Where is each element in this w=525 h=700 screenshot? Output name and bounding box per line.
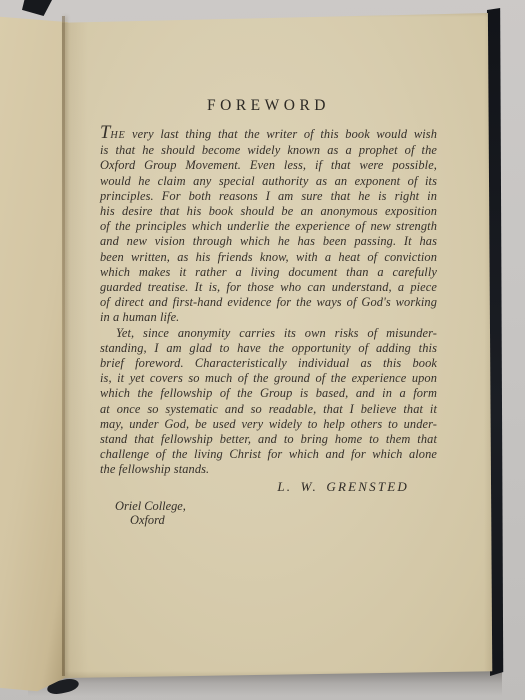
text-line: may, under God, be used very widely to h… (100, 417, 437, 432)
text-line: which the fellowship of the Group is bas… (100, 386, 437, 401)
address-line-college: Oriel College, (115, 499, 437, 514)
text-line: been written, as his friends know, with … (100, 250, 437, 265)
text-line: which makes it rather a living document … (100, 265, 437, 280)
text-line: challenge of the living Christ for which… (100, 447, 437, 462)
facing-page (0, 14, 68, 694)
page-heading: FOREWORD (100, 97, 437, 115)
address-line-city: Oxford (130, 513, 437, 528)
text-line: principles. For both reasons I am sure t… (100, 189, 437, 204)
address-block: Oriel College, Oxford (100, 499, 437, 528)
text-line: is that he should become widely known as… (100, 143, 437, 158)
text-line: Yet, since anonymity carries its own ris… (100, 326, 437, 341)
book-photo: FOREWORD THE very last thing that the wr… (0, 0, 525, 700)
text-line: THE very last thing that the writer of t… (100, 124, 437, 143)
author-signature: L. W. GRENSTED (100, 479, 437, 495)
body-paragraphs: THE very last thing that the writer of t… (100, 124, 437, 478)
text-line: in a human life. (100, 310, 437, 325)
text-line: Oxford Group Movement. Even less, if tha… (100, 158, 437, 173)
text-line: would he claim any special authority as … (100, 174, 437, 189)
text-line: stand that fellowship better, and to bri… (100, 432, 437, 447)
page-gutter-crease (62, 16, 65, 676)
text-line: standing, I am glad to have the opportun… (100, 341, 437, 356)
lead-initial: T (100, 123, 110, 143)
text-line: and new vision through which he has been… (100, 234, 437, 249)
text-line: guarded treatise. It is, for those who c… (100, 280, 437, 295)
text-line: at once so systematic and so readable, t… (100, 402, 437, 417)
text-line: is, it yet covers so much of the ground … (100, 371, 437, 386)
text-line: of the principles which underlie the exp… (100, 219, 437, 234)
foreword-page-text: FOREWORD THE very last thing that the wr… (100, 0, 437, 528)
text-line: brief foreword. Characteristically indiv… (100, 356, 437, 371)
lead-small-caps: HE (110, 130, 125, 141)
book-cover-corner-top (22, 0, 52, 16)
text-line: the fellowship stands. (100, 462, 437, 477)
text-line: his desire that his book should be an an… (100, 204, 437, 219)
text-line: of direct and first-hand evidence for th… (100, 295, 437, 310)
